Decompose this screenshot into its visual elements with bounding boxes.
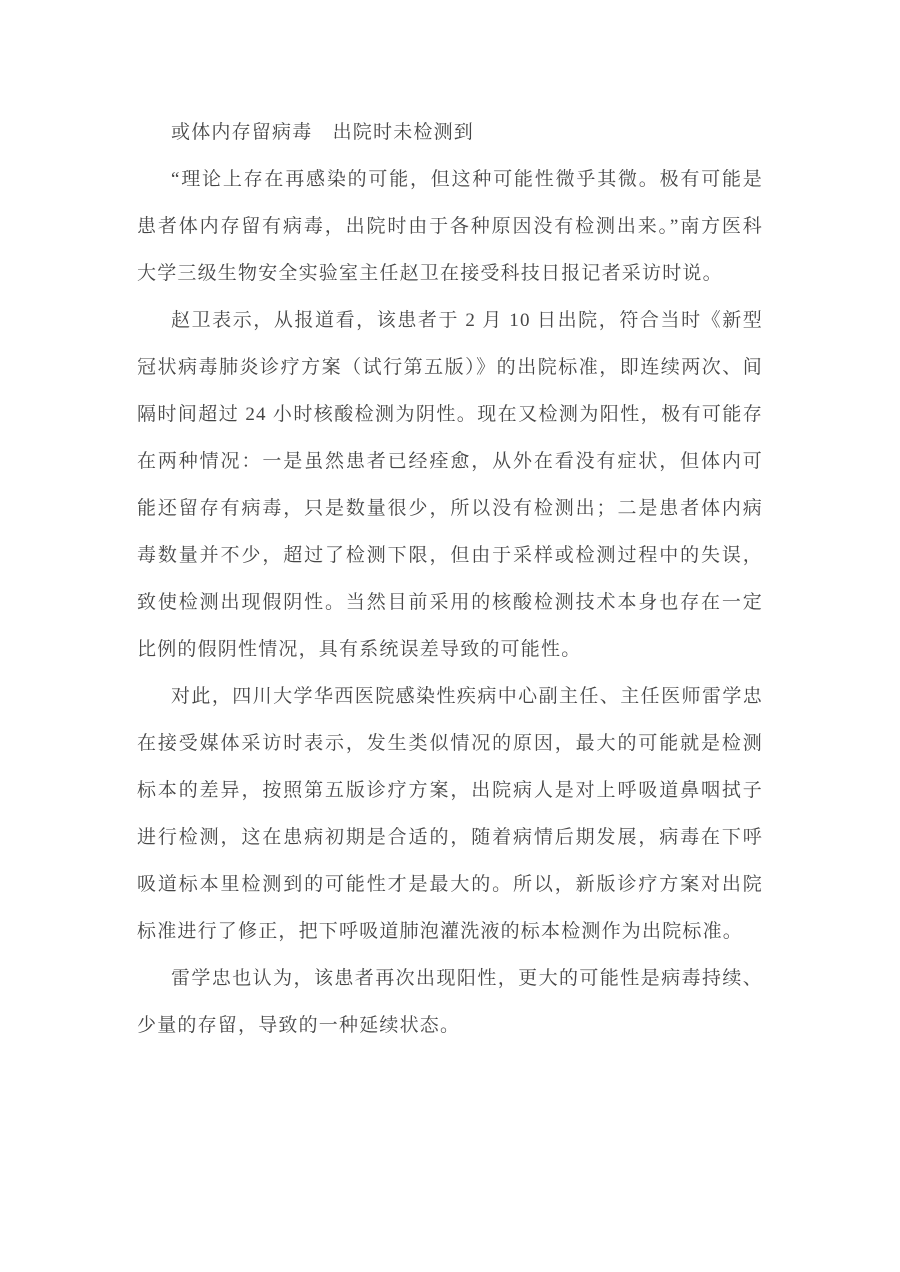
paragraph-quote-zhaowei: “理论上存在再感染的可能，但这种可能性微乎其微。极有可能是患者体内存留有病毒，出… <box>137 156 763 297</box>
document-heading: 或体内存留病毒 出院时未检测到 <box>137 109 763 156</box>
paragraph-leixuezhong-analysis: 对此，四川大学华西医院感染性疾病中心副主任、主任医师雷学忠在接受媒体采访时表示，… <box>137 673 763 955</box>
paragraph-leixuezhong-conclusion: 雷学忠也认为，该患者再次出现阳性，更大的可能性是病毒持续、少量的存留，导致的一种… <box>137 955 763 1049</box>
document-page: 或体内存留病毒 出院时未检测到 “理论上存在再感染的可能，但这种可能性微乎其微。… <box>0 0 900 1272</box>
paragraph-zhaowei-analysis: 赵卫表示，从报道看，该患者于 2 月 10 日出院，符合当时《新型冠状病毒肺炎诊… <box>137 297 763 673</box>
